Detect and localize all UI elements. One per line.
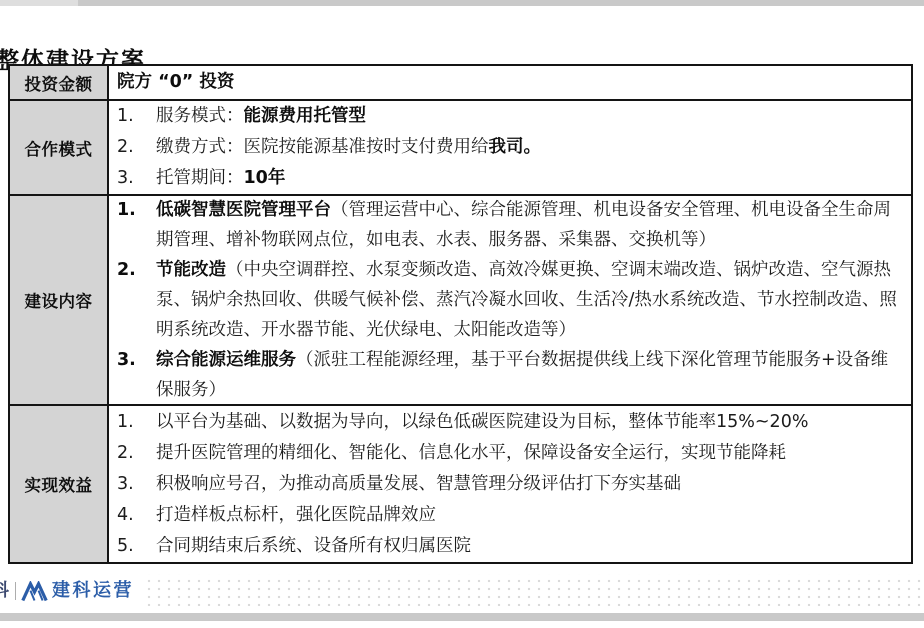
list-item: 2.缴费方式：医院按能源基准按时支付费用给我司。	[117, 132, 901, 163]
list-item: 2.提升医院管理的精细化、智能化、信息化水平，保障设备安全运行，实现节能降耗	[117, 438, 901, 469]
text-run: 合同期结束后系统、设备所有权归属医院	[156, 536, 471, 556]
row-header-cell: 合作模式	[10, 101, 109, 194]
list-item: 1.以平台为基础、以数据为导向，以绿色低碳医院建设为目标，整体节能率15%~20…	[117, 407, 901, 438]
brand-fragment: 科	[0, 580, 13, 602]
item-number: 4.	[117, 500, 156, 531]
table-row: 实现效益1.以平台为基础、以数据为导向，以绿色低碳医院建设为目标，整体节能率15…	[10, 404, 911, 562]
row-content-cell: 1.以平台为基础、以数据为导向，以绿色低碳医院建设为目标，整体节能率15%~20…	[109, 406, 911, 562]
item-number: 2.	[117, 255, 156, 345]
list-item: 2.节能改造（中央空调群控、水泵变频改造、高效冷媒更换、空调末端改造、锅炉改造、…	[117, 255, 901, 345]
item-text: 积极响应号召，为推动高质量发展、智慧管理分级评估打下夯实基础	[156, 469, 901, 500]
item-number: 1.	[117, 101, 156, 132]
row-content-cell: 院方 “0” 投资	[109, 66, 911, 99]
item-text: 低碳智慧医院管理平台（管理运营中心、综合能源管理、机电设备安全管理、机电设备全生…	[156, 195, 901, 255]
dot-pattern	[142, 574, 924, 606]
scheme-table: 投资金额院方 “0” 投资合作模式1.服务模式：能源费用托管型2.缴费方式：医院…	[8, 64, 913, 564]
text-run: 院方 “0” 投资	[117, 72, 234, 92]
text-run: 服务模式：	[156, 106, 244, 126]
item-text: 托管期间：10年	[156, 163, 901, 194]
item-number: 1.	[117, 407, 156, 438]
table-row: 合作模式1.服务模式：能源费用托管型2.缴费方式：医院按能源基准按时支付费用给我…	[10, 99, 911, 194]
item-number: 2.	[117, 438, 156, 469]
item-number: 2.	[117, 132, 156, 163]
item-number: 3.	[117, 469, 156, 500]
item-text: 节能改造（中央空调群控、水泵变频改造、高效冷媒更换、空调末端改造、锅炉改造、空气…	[156, 255, 901, 345]
text-run: 节能改造	[156, 260, 226, 280]
brand-logo: 科 建科运营	[0, 579, 140, 603]
row-header-cell: 实现效益	[10, 406, 109, 562]
row-content-cell: 1.低碳智慧医院管理平台（管理运营中心、综合能源管理、机电设备安全管理、机电设备…	[109, 196, 911, 404]
item-text: 综合能源运维服务（派驻工程能源经理，基于平台数据提供线上线下深化管理节能服务+设…	[156, 345, 901, 405]
text-run: 缴费方式：医院按能源基准按时支付费用给	[156, 137, 489, 157]
brand-fragment-glyph: 科	[0, 580, 9, 602]
table-row: 投资金额院方 “0” 投资	[10, 66, 911, 99]
top-gray-strip	[0, 0, 924, 6]
item-text: 打造样板点标杆，强化医院品牌效应	[156, 500, 901, 531]
text-run: 我司。	[489, 137, 542, 157]
text-run: 低碳智慧医院管理平台	[156, 200, 331, 220]
list-item: 3.积极响应号召，为推动高质量发展、智慧管理分级评估打下夯实基础	[117, 469, 901, 500]
text-run: 综合能源运维服务	[156, 350, 296, 370]
row-header-cell: 投资金额	[10, 66, 109, 99]
list-item: 5.合同期结束后系统、设备所有权归属医院	[117, 531, 901, 562]
top-gray-strip-left-segment	[0, 0, 78, 6]
item-text: 提升医院管理的精细化、智能化、信息化水平，保障设备安全运行，实现节能降耗	[156, 438, 901, 469]
item-text: 合同期结束后系统、设备所有权归属医院	[156, 531, 901, 562]
brand-text: 建科运营	[52, 580, 134, 602]
table-row: 建设内容1.低碳智慧医院管理平台（管理运营中心、综合能源管理、机电设备安全管理、…	[10, 194, 911, 404]
item-number: 3.	[117, 345, 156, 405]
item-number: 1.	[117, 195, 156, 255]
item-text: 以平台为基础、以数据为导向，以绿色低碳医院建设为目标，整体节能率15%~20%	[156, 407, 901, 438]
row-content-cell: 1.服务模式：能源费用托管型2.缴费方式：医院按能源基准按时支付费用给我司。3.…	[109, 101, 911, 194]
list-item: 1.服务模式：能源费用托管型	[117, 101, 901, 132]
list-item: 院方 “0” 投资	[117, 66, 901, 99]
item-number: 3.	[117, 163, 156, 194]
bottom-gray-bar	[0, 613, 924, 621]
text-run: （中央空调群控、水泵变频改造、高效冷媒更换、空调末端改造、锅炉改造、空气源热泵、…	[156, 260, 897, 340]
list-item: 1.低碳智慧医院管理平台（管理运营中心、综合能源管理、机电设备安全管理、机电设备…	[117, 195, 901, 255]
text-run: 打造样板点标杆，强化医院品牌效应	[156, 505, 436, 525]
item-text: 缴费方式：医院按能源基准按时支付费用给我司。	[156, 132, 901, 163]
text-run: 10年	[244, 168, 286, 188]
item-text: 院方 “0” 投资	[117, 66, 901, 99]
text-run: 提升医院管理的精细化、智能化、信息化水平，保障设备安全运行，实现节能降耗	[156, 443, 786, 463]
row-header-cell: 建设内容	[10, 196, 109, 404]
text-run: 能源费用托管型	[244, 106, 367, 126]
text-run: 以平台为基础、以数据为导向，以绿色低碳医院建设为目标，整体节能率15%~20%	[156, 412, 808, 432]
item-number: 5.	[117, 531, 156, 562]
brand-mark-icon	[21, 581, 48, 602]
item-text: 服务模式：能源费用托管型	[156, 101, 901, 132]
text-run: 托管期间：	[156, 168, 244, 188]
text-run: 积极响应号召，为推动高质量发展、智慧管理分级评估打下夯实基础	[156, 474, 681, 494]
brand-divider	[15, 582, 16, 600]
list-item: 3.综合能源运维服务（派驻工程能源经理，基于平台数据提供线上线下深化管理节能服务…	[117, 345, 901, 405]
list-item: 3.托管期间：10年	[117, 163, 901, 194]
list-item: 4.打造样板点标杆，强化医院品牌效应	[117, 500, 901, 531]
